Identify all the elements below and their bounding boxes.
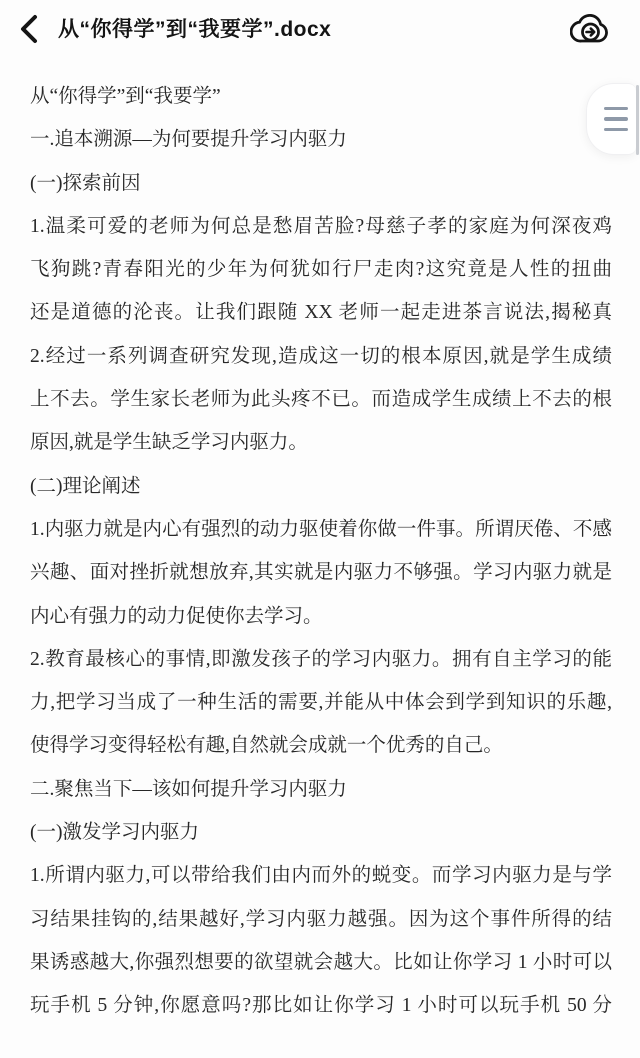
doc-line: 原因,就是学生缺乏学习内驱力。 bbox=[30, 421, 612, 464]
doc-line: (一)探索前因 bbox=[30, 162, 612, 205]
chevron-left-icon bbox=[18, 14, 40, 44]
floating-menu-button[interactable] bbox=[586, 83, 636, 155]
doc-line: 内心有强力的动力促使你去学习。 bbox=[30, 595, 612, 638]
doc-line: 2.教育最核心的事情,即激发孩子的学习内驱力。拥有自主学习的能 bbox=[30, 638, 612, 681]
header-bar: 从“你得学”到“我要学”.docx bbox=[0, 0, 640, 58]
doc-line: 一.追本溯源—为何要提升学习内驱力 bbox=[30, 118, 612, 161]
doc-line: (一)激发学习内驱力 bbox=[30, 811, 612, 854]
doc-line: 1.内驱力就是内心有强烈的动力驱使着你做一件事。所谓厌倦、不感 bbox=[30, 508, 612, 551]
doc-line: 2.经过一系列调查研究发现,造成这一切的根本原因,就是学生成绩 bbox=[30, 335, 612, 378]
doc-line: 从“你得学”到“我要学” bbox=[30, 75, 612, 118]
doc-line: 使得学习变得轻松有趣,自然就会成就一个优秀的自己。 bbox=[30, 724, 612, 767]
doc-line: 二.聚焦当下—该如何提升学习内驱力 bbox=[30, 768, 612, 811]
cloud-share-button[interactable] bbox=[568, 7, 612, 51]
doc-line: 上不去。学生家长老师为此头疼不已。而造成学生成绩上不去的根本 bbox=[30, 378, 612, 421]
doc-line: 力,把学习当成了一种生活的需要,并能从中体会到学到知识的乐趣, bbox=[30, 681, 612, 724]
doc-line: 1.所谓内驱力,可以带给我们由内而外的蜕变。而学习内驱力是与学 bbox=[30, 854, 612, 897]
document-viewer-app: 从“你得学”到“我要学”.docx 从“你得学”到“我要学”一.追本溯源—为何要… bbox=[0, 0, 640, 1058]
doc-line: (二)理论阐述 bbox=[30, 465, 612, 508]
cloud-arrow-icon bbox=[570, 10, 610, 48]
doc-line: 兴趣、面对挫折就想放弃,其实就是内驱力不够强。学习内驱力就是 bbox=[30, 551, 612, 594]
doc-line: 1.温柔可爱的老师为何总是愁眉苦脸?母慈子孝的家庭为何深夜鸡 bbox=[30, 205, 612, 248]
document-title: 从“你得学”到“我要学”.docx bbox=[58, 13, 568, 43]
doc-line: 玩手机 5 分钟,你愿意吗?那比如让你学习 1 小时可以玩手机 50 分 bbox=[30, 984, 612, 1027]
hamburger-icon bbox=[604, 107, 628, 110]
doc-line: 果诱惑越大,你强烈想要的欲望就会越大。比如让你学习 1 小时可以 bbox=[30, 941, 612, 984]
document-body: 从“你得学”到“我要学”一.追本溯源—为何要提升学习内驱力(一)探索前因1.温柔… bbox=[30, 75, 612, 1028]
doc-line: 还是道德的沦丧。让我们跟随 XX 老师一起走进茶言说法,揭秘真相。 bbox=[30, 291, 612, 334]
scrollbar-thumb[interactable] bbox=[636, 85, 639, 155]
back-button[interactable] bbox=[18, 9, 52, 49]
doc-line: 习结果挂钩的,结果越好,学习内驱力越强。因为这个事件所得的结 bbox=[30, 898, 612, 941]
doc-line: 飞狗跳?青春阳光的少年为何犹如行尸走肉?这究竟是人性的扭曲 bbox=[30, 248, 612, 291]
hamburger-icon bbox=[604, 128, 628, 131]
hamburger-icon bbox=[604, 117, 628, 120]
